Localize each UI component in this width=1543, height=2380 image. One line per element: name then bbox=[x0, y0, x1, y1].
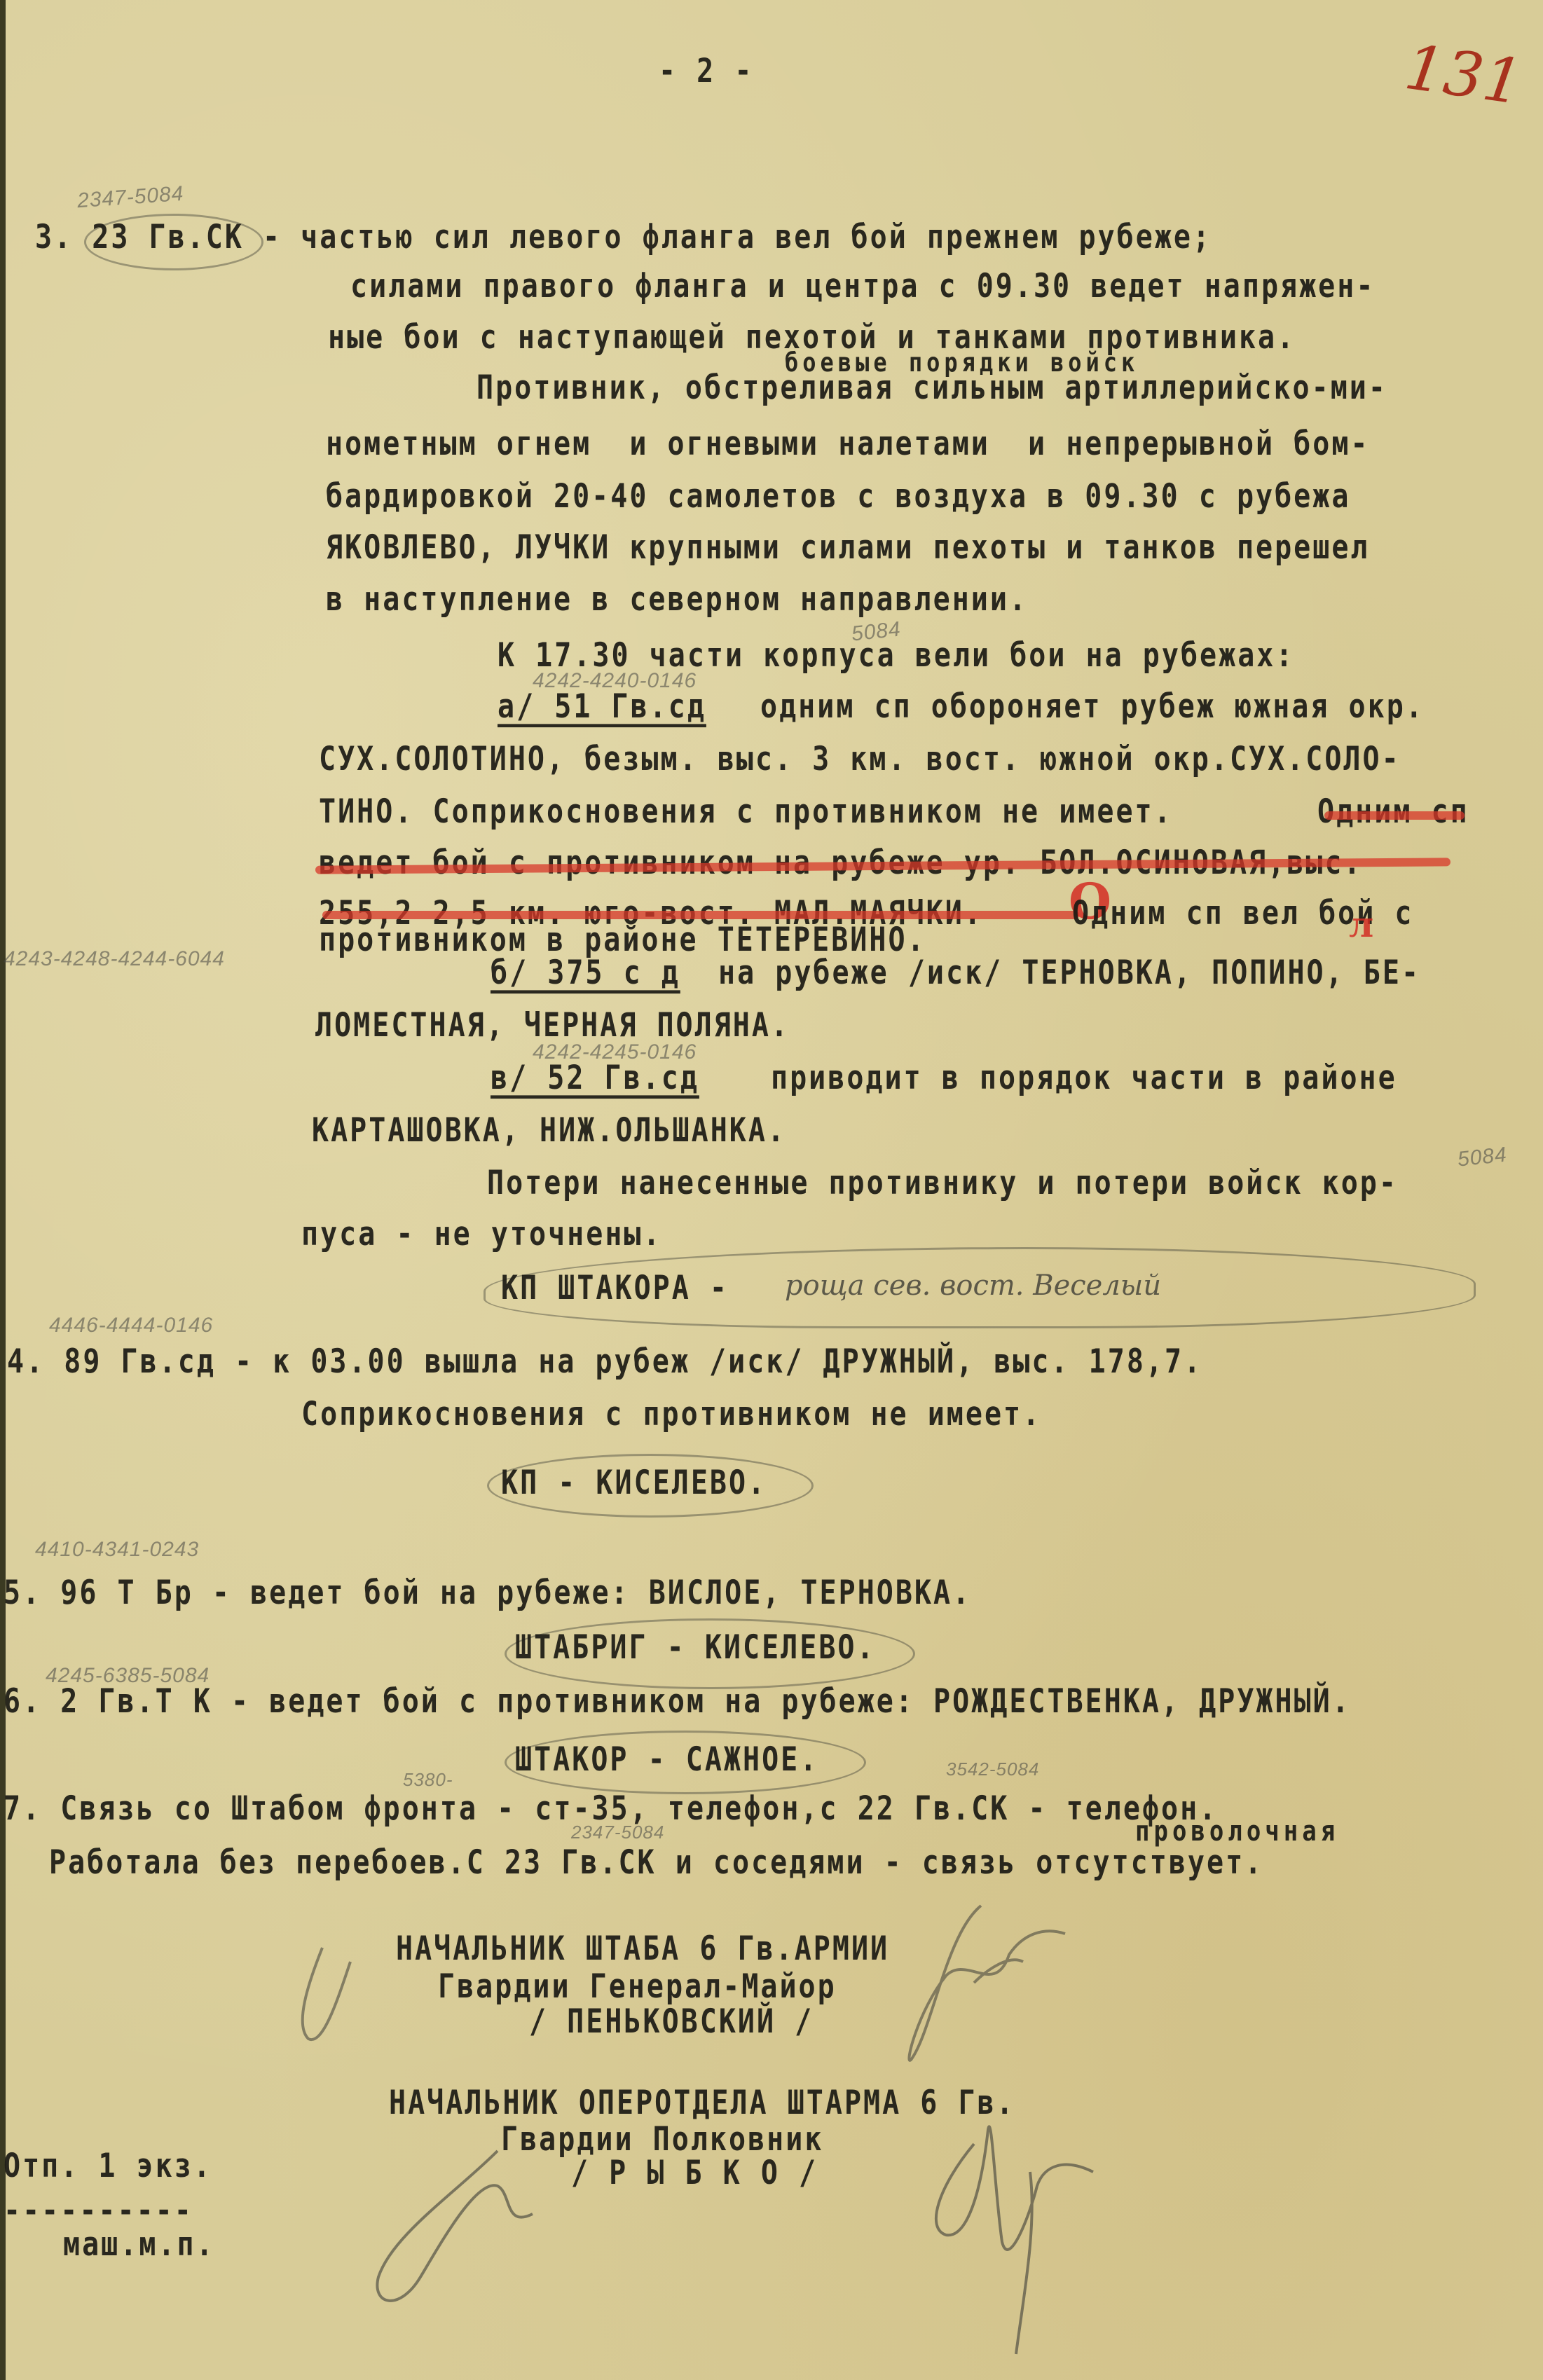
scan-edge bbox=[0, 0, 6, 2380]
signatory-name: / Р Ы Б К О / bbox=[571, 2157, 818, 2189]
handwritten-signature bbox=[371, 2137, 372, 2138]
paragraph-3-line: бардировкой 20-40 самолетов с воздуха в … bbox=[326, 480, 1350, 513]
losses-line: Потери нанесенные противнику и потери во… bbox=[487, 1167, 1398, 1199]
item-a-line: противником в районе ТЕТЕРЕВИНО. bbox=[319, 923, 926, 956]
staff-location-label: ШТАБРИГ - КИСЕЛЕВО. bbox=[515, 1631, 876, 1664]
item-a-line: ТИНО. Соприкосновения с противником не и… bbox=[319, 795, 1173, 828]
archive-annotation: 4410-4341-0243 bbox=[35, 1538, 199, 1562]
paragraph-6-line: 6. 2 Гв.Т К - ведет бой с противником на… bbox=[4, 1685, 1351, 1718]
unit-label: б/ 375 с д bbox=[491, 956, 680, 989]
unit-label: в/ 52 Гв.сд bbox=[491, 1061, 699, 1094]
handwritten-location: роща сев. вост. Веселый bbox=[785, 1270, 1161, 1302]
signatory-name: / ПЕНЬКОВСКИЙ / bbox=[529, 2005, 814, 2038]
paragraph-4-line: 4. 89 Гв.сд - к 03.00 вышла на рубеж /ис… bbox=[7, 1345, 1202, 1378]
inserted-text: проволочная bbox=[1135, 1817, 1339, 1845]
red-correction-mark: л bbox=[1349, 904, 1373, 945]
signatory-title: НАЧАЛЬНИК ОПЕРОТДЕЛА ШТАРМА 6 Гв. bbox=[389, 2086, 1015, 2119]
paragraph-3-line: Противник, обстреливая сильным артиллери… bbox=[476, 371, 1387, 404]
archive-annotation: 3542-5084 bbox=[946, 1759, 1039, 1780]
paragraph-3-line: ЯКОВЛЕВО, ЛУЧКИ крупными силами пехоты и… bbox=[326, 531, 1370, 564]
item-b-line: на рубеже /иск/ ТЕРНОВКА, ПОПИНО, БЕ- bbox=[718, 956, 1420, 989]
paragraph-3-line: 3. 23 Гв.СК - частью сил левого фланга в… bbox=[35, 221, 1212, 254]
item-v-line: КАРТАШОВКА, НИЖ.ОЛЬШАНКА. bbox=[312, 1114, 786, 1147]
folio-number: 131 bbox=[1401, 31, 1528, 118]
paragraph-5-line: 5. 96 Т Бр - ведет бой на рубеже: ВИСЛОЕ… bbox=[4, 1576, 971, 1609]
paragraph-7-line: 7. Связь со Штабом фронта - ст-35, телеф… bbox=[4, 1792, 1218, 1825]
archive-annotation: 4243-4248-4244-6044 bbox=[4, 947, 225, 971]
paragraph-4-line: Соприкосновения с противником не имеет. bbox=[301, 1398, 1041, 1431]
paragraph-7-line: Работала без перебоев.С 23 Гв.СК и сосед… bbox=[49, 1846, 1263, 1879]
archive-annotation: 5084 bbox=[1456, 1143, 1508, 1171]
red-strikethrough bbox=[1324, 811, 1465, 820]
archive-annotation: 2347-5084 bbox=[571, 1822, 664, 1843]
command-post-label: КП - КИСЕЛЕВО. bbox=[501, 1466, 767, 1499]
archive-annotation: 4446-4444-0146 bbox=[49, 1314, 213, 1337]
footer-separator: ---------- bbox=[4, 2194, 193, 2227]
item-b-line: ЛОМЕСТНАЯ, ЧЕРНАЯ ПОЛЯНА. bbox=[315, 1009, 790, 1042]
command-post-label: КП ШТАКОРА - bbox=[501, 1272, 729, 1305]
red-strikethrough bbox=[322, 911, 1079, 919]
handwritten-signature bbox=[925, 2088, 926, 2089]
time-line: К 17.30 части корпуса вели бои на рубежа… bbox=[498, 639, 1294, 672]
item-a-line: одним сп обороняет рубеж южная окр. bbox=[760, 690, 1425, 723]
copies-note: Отп. 1 экз. bbox=[4, 2149, 212, 2182]
signatory-rank: Гвардии Генерал-Майор bbox=[438, 1970, 837, 2003]
paragraph-3-line: силами правого фланга и центра с 09.30 в… bbox=[350, 270, 1375, 303]
archive-annotation: 2347-5084 bbox=[76, 182, 184, 214]
unit-label: а/ 51 Гв.сд bbox=[498, 690, 706, 723]
signatory-rank: Гвардии Полковник bbox=[501, 2123, 823, 2156]
losses-line: пуса - не уточнены. bbox=[301, 1218, 662, 1251]
staff-location-label: ШТАКОР - САЖНОЕ. bbox=[515, 1743, 818, 1776]
typist-note: маш.м.п. bbox=[63, 2228, 215, 2261]
paragraph-3-line: нометным огнем и огневыми налетами и неп… bbox=[326, 427, 1370, 460]
signatory-title: НАЧАЛЬНИК ШТАБА 6 Гв.АРМИИ bbox=[396, 1932, 889, 1965]
page-marker: - 2 - bbox=[659, 55, 753, 88]
archive-annotation: 5380- bbox=[403, 1769, 453, 1791]
item-v-line: приводит в порядок части в районе bbox=[771, 1061, 1397, 1094]
handwritten-signature bbox=[904, 1892, 905, 1892]
paragraph-3-line: в наступление в северном направлении. bbox=[326, 583, 1028, 616]
item-a-line: СУХ.СОЛОТИНО, безым. выс. 3 км. вост. юж… bbox=[319, 743, 1401, 776]
signature-initials bbox=[294, 1920, 295, 1920]
